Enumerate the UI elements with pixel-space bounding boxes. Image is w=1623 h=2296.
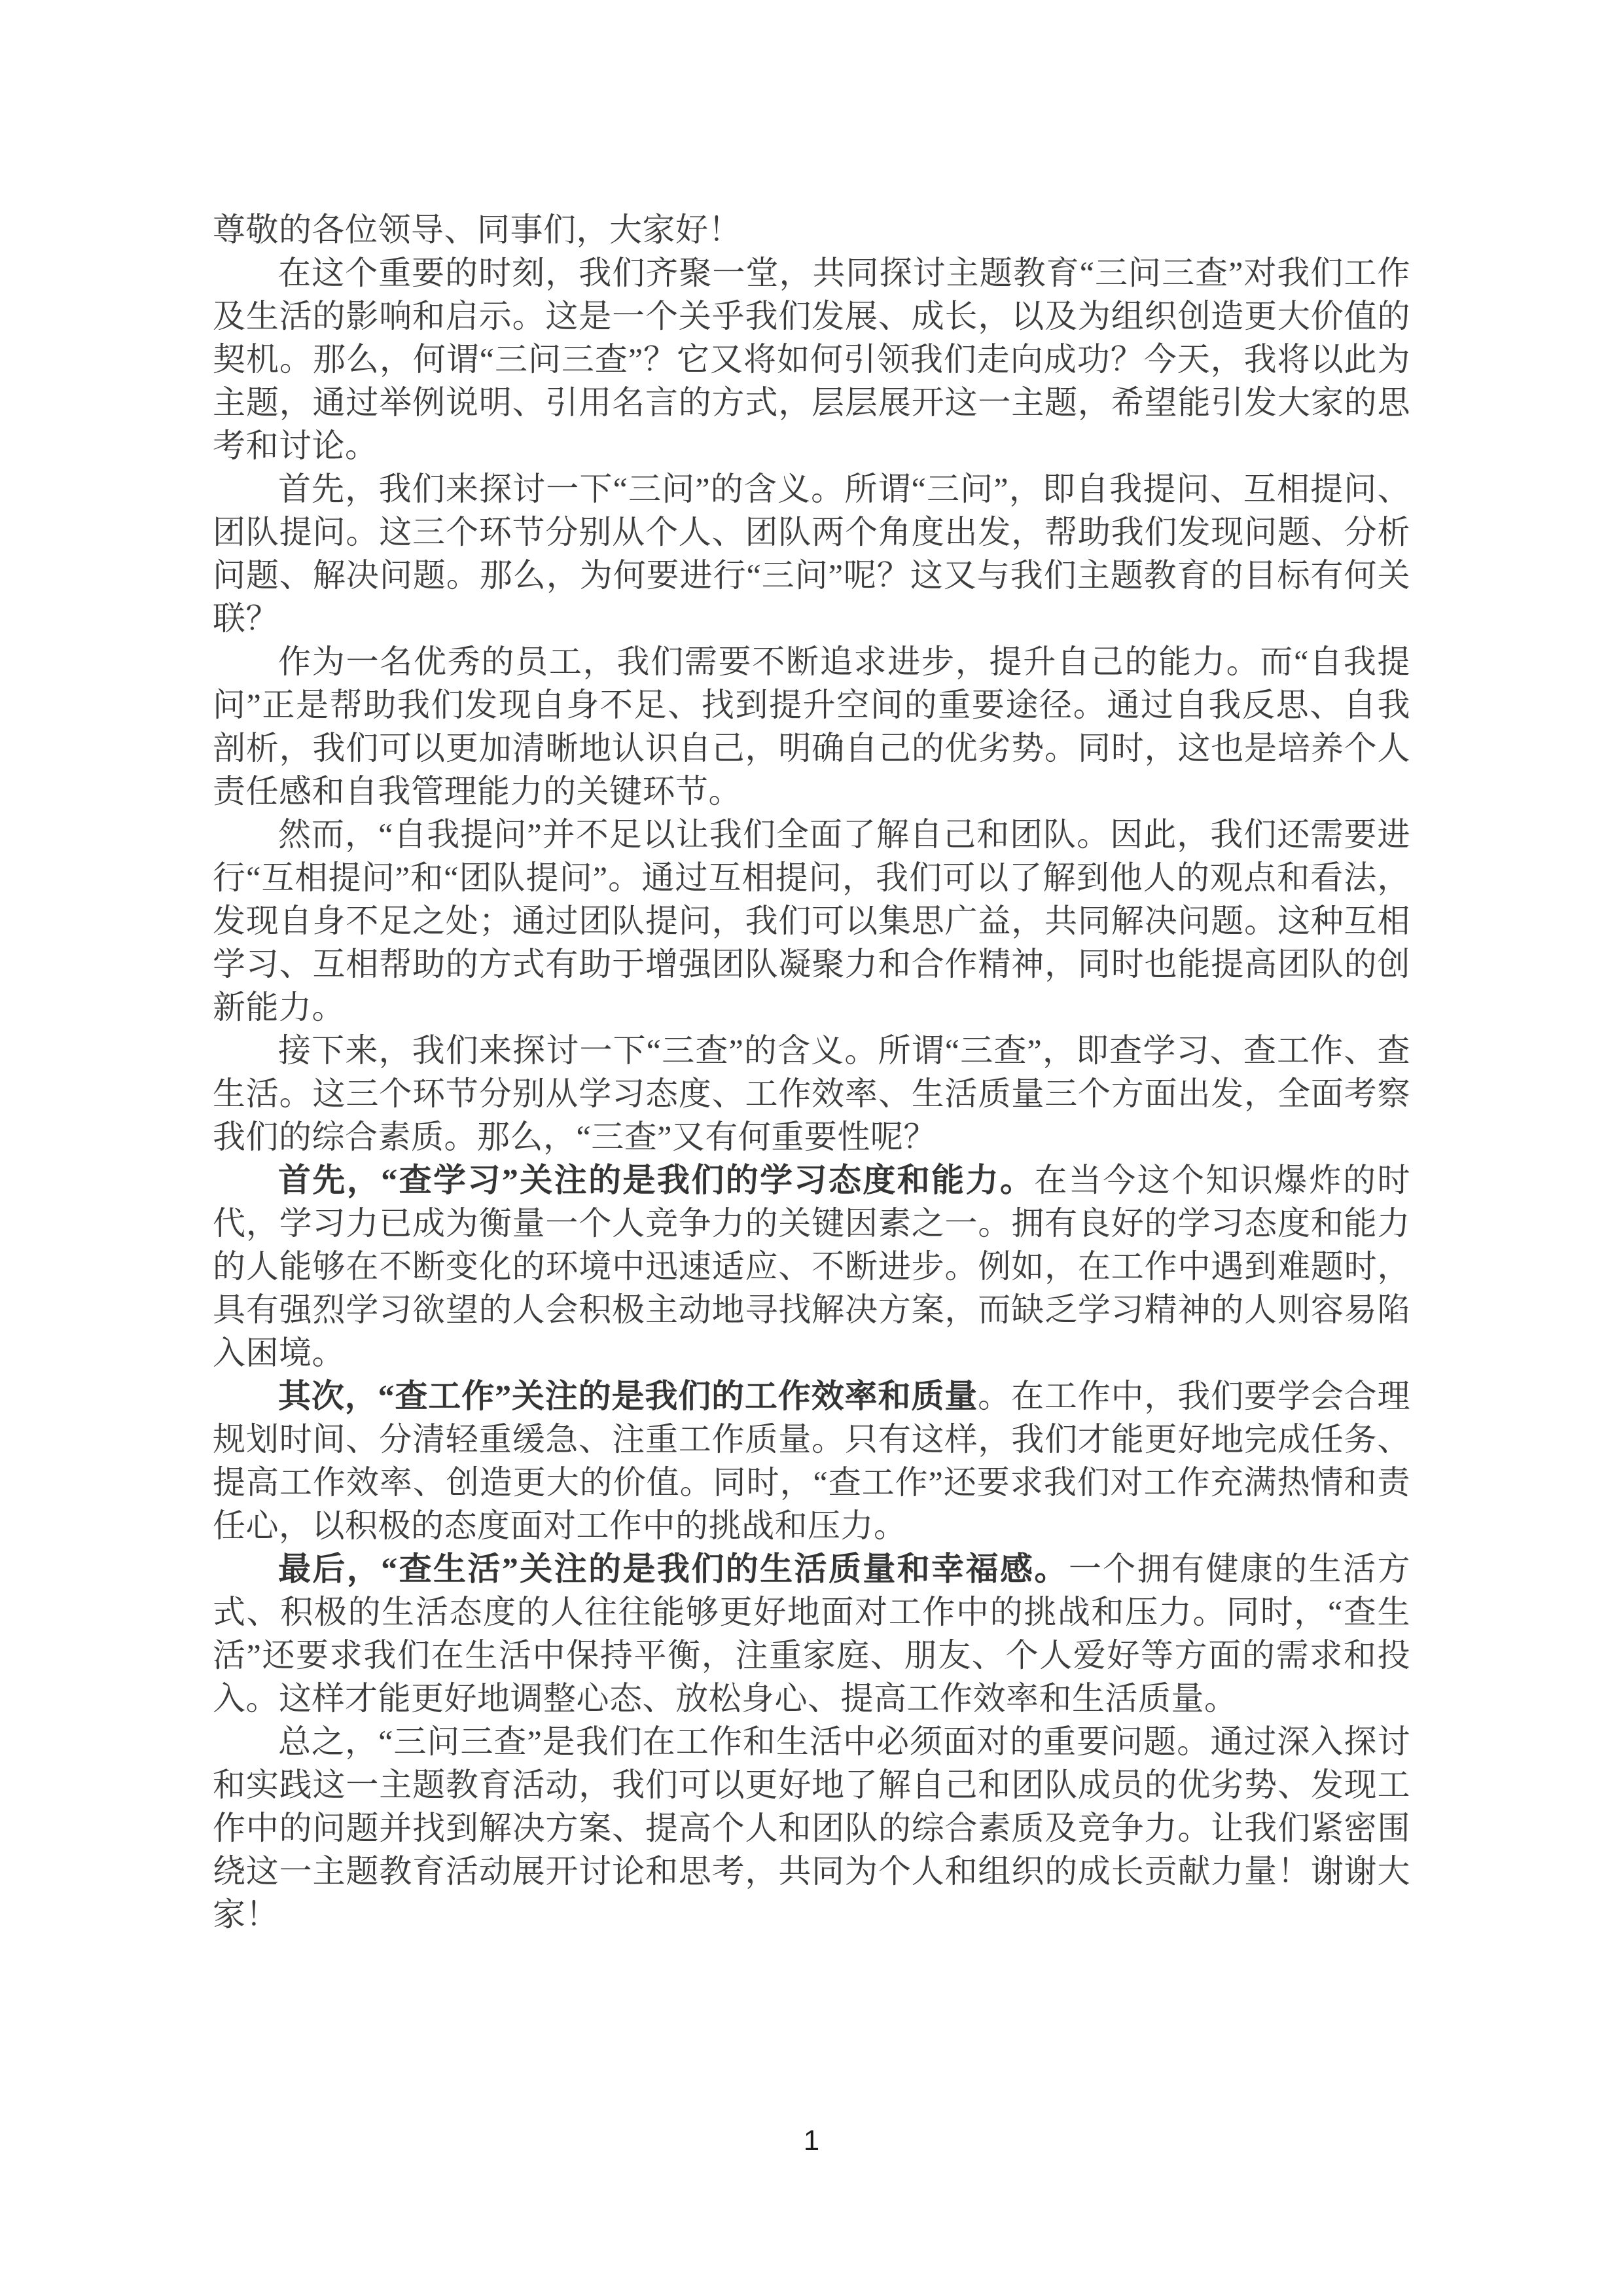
bold-text-run: 首先，“查学习”关注的是我们的学习态度和能力。 (278, 1162, 1034, 1198)
paragraph: 作为一名优秀的员工，我们需要不断追求进步，提升自己的能力。而“自我提问”正是帮助… (213, 640, 1410, 813)
text-run: 作为一名优秀的员工，我们需要不断追求进步，提升自己的能力。而“自我提问”正是帮助… (213, 643, 1410, 810)
page-number: 1 (804, 2125, 819, 2157)
paragraph: 总之，“三问三查”是我们在工作和生活中必须面对的重要问题。通过深入探讨和实践这一… (213, 1720, 1410, 1936)
paragraph: 最后，“查生活”关注的是我们的生活质量和幸福感。一个拥有健康的生活方式、积极的生… (213, 1547, 1410, 1720)
bold-text-run: 最后，“查生活”关注的是我们的生活质量和幸福感。 (278, 1551, 1069, 1587)
page-footer: 1 (0, 2122, 1623, 2160)
bold-text-run: 其次，“查工作”关注的是我们的工作效率和质量 (278, 1378, 978, 1414)
paragraph: 接下来，我们来探讨一下“三查”的含义。所谓“三查”，即查学习、查工作、查生活。这… (213, 1029, 1410, 1158)
paragraph: 在这个重要的时刻，我们齐聚一堂，共同探讨主题教育“三问三查”对我们工作及生活的影… (213, 251, 1410, 467)
paragraph: 然而，“自我提问”并不足以让我们全面了解自己和团队。因此，我们还需要进行“互相提… (213, 813, 1410, 1029)
document-page: 尊敬的各位领导、同事们，大家好！在这个重要的时刻，我们齐聚一堂，共同探讨主题教育… (0, 0, 1623, 2296)
text-run: 在这个重要的时刻，我们齐聚一堂，共同探讨主题教育“三问三查”对我们工作及生活的影… (213, 255, 1410, 464)
text-run: 接下来，我们来探讨一下“三查”的含义。所谓“三查”，即查学习、查工作、查生活。这… (213, 1032, 1410, 1155)
paragraph: 尊敬的各位领导、同事们，大家好！ (213, 208, 1410, 251)
text-run: 尊敬的各位领导、同事们，大家好！ (213, 211, 741, 248)
text-run: 然而，“自我提问”并不足以让我们全面了解自己和团队。因此，我们还需要进行“互相提… (213, 816, 1410, 1026)
document-body: 尊敬的各位领导、同事们，大家好！在这个重要的时刻，我们齐聚一堂，共同探讨主题教育… (213, 208, 1410, 1936)
text-run: 首先，我们来探讨一下“三问”的含义。所谓“三问”，即自我提问、互相提问、团队提问… (213, 471, 1410, 637)
paragraph: 首先，我们来探讨一下“三问”的含义。所谓“三问”，即自我提问、互相提问、团队提问… (213, 467, 1410, 640)
paragraph: 首先，“查学习”关注的是我们的学习态度和能力。在当今这个知识爆炸的时代，学习力已… (213, 1158, 1410, 1374)
text-run: 总之，“三问三查”是我们在工作和生活中必须面对的重要问题。通过深入探讨和实践这一… (213, 1723, 1410, 1933)
paragraph: 其次，“查工作”关注的是我们的工作效率和质量。在工作中，我们要学会合理规划时间、… (213, 1374, 1410, 1547)
